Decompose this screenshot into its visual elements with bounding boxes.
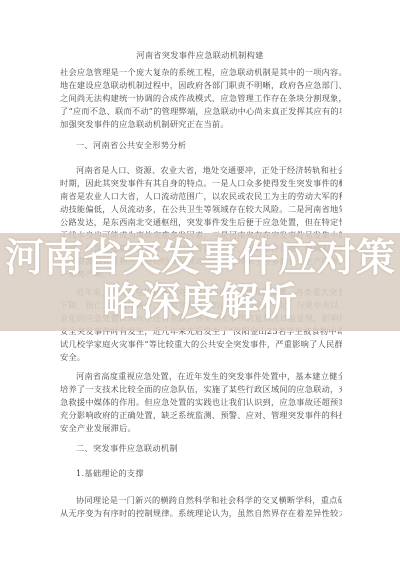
paragraph-line: 公路发达，是东西南北交通枢纽，突发事件发生后便于应急处置，但在特定情况下，交通 [60, 217, 342, 227]
intro-line: 社会应急管理是一个庞大复杂的系统工程，应急联动机制是其中的一项内容。当前全国各 [60, 67, 342, 77]
intro-line: 加强突发事件的应急联动机制研究正在当前。 [60, 119, 342, 129]
paragraph-line: 急救援中媒体的作用。但应急处置的实践也让我们认识到，应急事故还超预案，信息的不 [60, 397, 342, 407]
section2-heading: 二、突发事件应急联动机制 [76, 443, 178, 454]
paragraph-line: 时期，因此其突发事件有其自身的特点。一是人口众多使得发生突发事件的概率增多。河 [60, 178, 342, 188]
document-title: 河南省突发事件应急联动机制构建 [0, 50, 400, 61]
subsection-heading: 1.基础理论的支撑 [76, 468, 144, 479]
intro-line: 之间尚无法构建统一协调的合成作战模式，应急管理工作存在条块分割现象，以至于出现 [60, 93, 342, 103]
paragraph-line: 动技能偏低，人员流动多，在公共卫生等领域存在较大风险。二是河南省地处中原，铁路、 [60, 204, 342, 214]
paragraph-line: 培养了一支技术比较全面的应急队伍，实施了某些行政区域间的应急联动，充分发挥了应 [60, 384, 342, 394]
overlay-title-line1: 河南省突发事件应对策 [0, 237, 400, 281]
paragraph-line: 河南省是人口、资源、农业大省，地处交通要冲，正处于经济转轨和社会转型的关键 [76, 165, 342, 175]
paragraph-line: 试几校学家庭火灾事件”等比较重大的公共安全突发事件，严重影响了人民群众生命财产 [60, 339, 342, 349]
paragraph-line: 安全。 [60, 352, 342, 362]
paragraph-line: 协同理论是一门新兴的横跨自然科学和社会科学的交叉横断学科，重点研究各种系统 [76, 495, 342, 505]
intro-line: 地在建设应急联动机制过程中，因政府各部门职责不明晰，政府各应急部门、社会各单位 [60, 80, 342, 90]
intro-line: 了“应而不急、联而不动”的管理弊端，应急联动中心尚未真正发挥其应有的功能与作用， [60, 106, 342, 116]
paragraph-line: 充分影响政府的正确处置，缺乏系统监测、预警、应对、管理突发事件的科技手段，公共 [60, 410, 342, 420]
section1-heading: 一、河南省公共安全形势分析 [76, 140, 186, 151]
paragraph-line: 河南省高度重视应急处置，在近年发生的突发事件处置中，基本建立健全了应急机构， [76, 371, 342, 381]
paragraph-line: 南省是农业人口大省，人口流动范围广，以农民或农民工为主的劳动大军的科学知识和劳 [60, 191, 342, 201]
overlay-title-line2: 略深度解析 [0, 281, 400, 325]
paragraph-line: 安全产业发展滞后。 [60, 423, 342, 433]
paragraph-line: 从无序变为有序时的控制规律。系统理论认为，虽然自然界存在着差异性较大的结构性系统… [60, 508, 342, 518]
